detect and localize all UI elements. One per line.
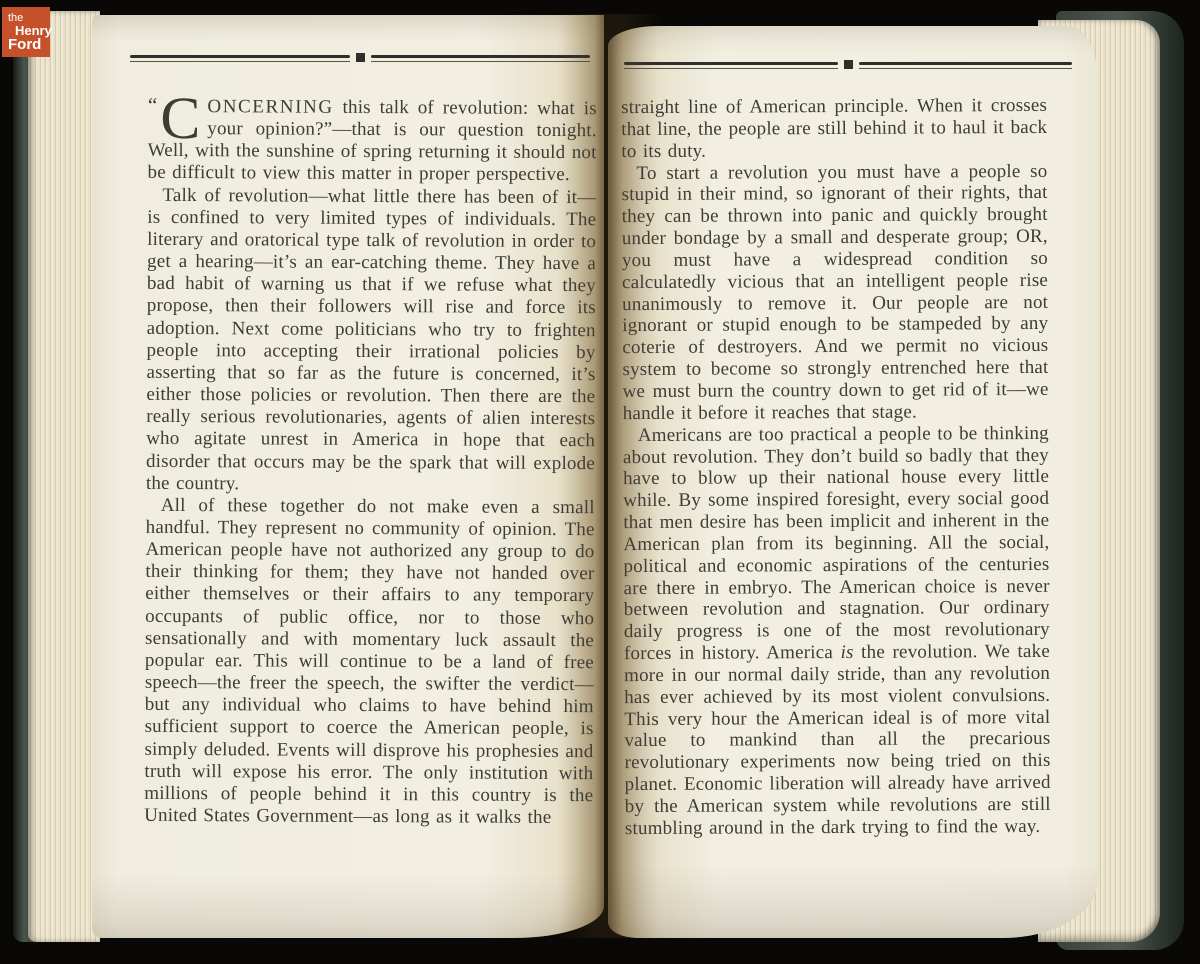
page-gutter-crease xyxy=(604,18,607,934)
page-paragraph: straight line of American principle. Whe… xyxy=(621,95,1047,163)
left-fore-edge-pages xyxy=(28,11,100,942)
left-page: “CONCERNING this talk of revolution: wha… xyxy=(92,15,604,938)
page-paragraph: Americans are too practical a people to … xyxy=(623,423,1051,840)
henry-ford-watermark: the Henry Ford xyxy=(2,7,50,57)
page-paragraph: “CONCERNING this talk of revolution: wha… xyxy=(147,96,596,187)
photo-background: { "photo": { "background_color": "#0a080… xyxy=(0,0,1200,964)
ornament-square-icon xyxy=(356,53,365,62)
right-page: straight line of American principle. Whe… xyxy=(608,26,1098,938)
page-paragraph: To start a revolution you must have a pe… xyxy=(621,160,1048,424)
ornament-rule-right xyxy=(859,60,1073,69)
page-paragraph: Talk of revolution—what little there has… xyxy=(146,184,597,497)
header-ornament-left xyxy=(130,53,590,65)
ornament-rule-left xyxy=(624,60,838,69)
ornament-rule-right xyxy=(371,53,591,62)
ornament-square-icon xyxy=(844,60,853,69)
right-page-text: straight line of American principle. Whe… xyxy=(621,95,1051,840)
watermark-ford: Ford xyxy=(8,37,41,52)
drop-cap: C xyxy=(160,96,200,140)
page-paragraph: All of these together do not make even a… xyxy=(144,495,595,830)
header-ornament-right xyxy=(624,60,1072,72)
left-page-text: “CONCERNING this talk of revolution: wha… xyxy=(144,96,597,829)
ornament-rule-left xyxy=(130,53,350,62)
